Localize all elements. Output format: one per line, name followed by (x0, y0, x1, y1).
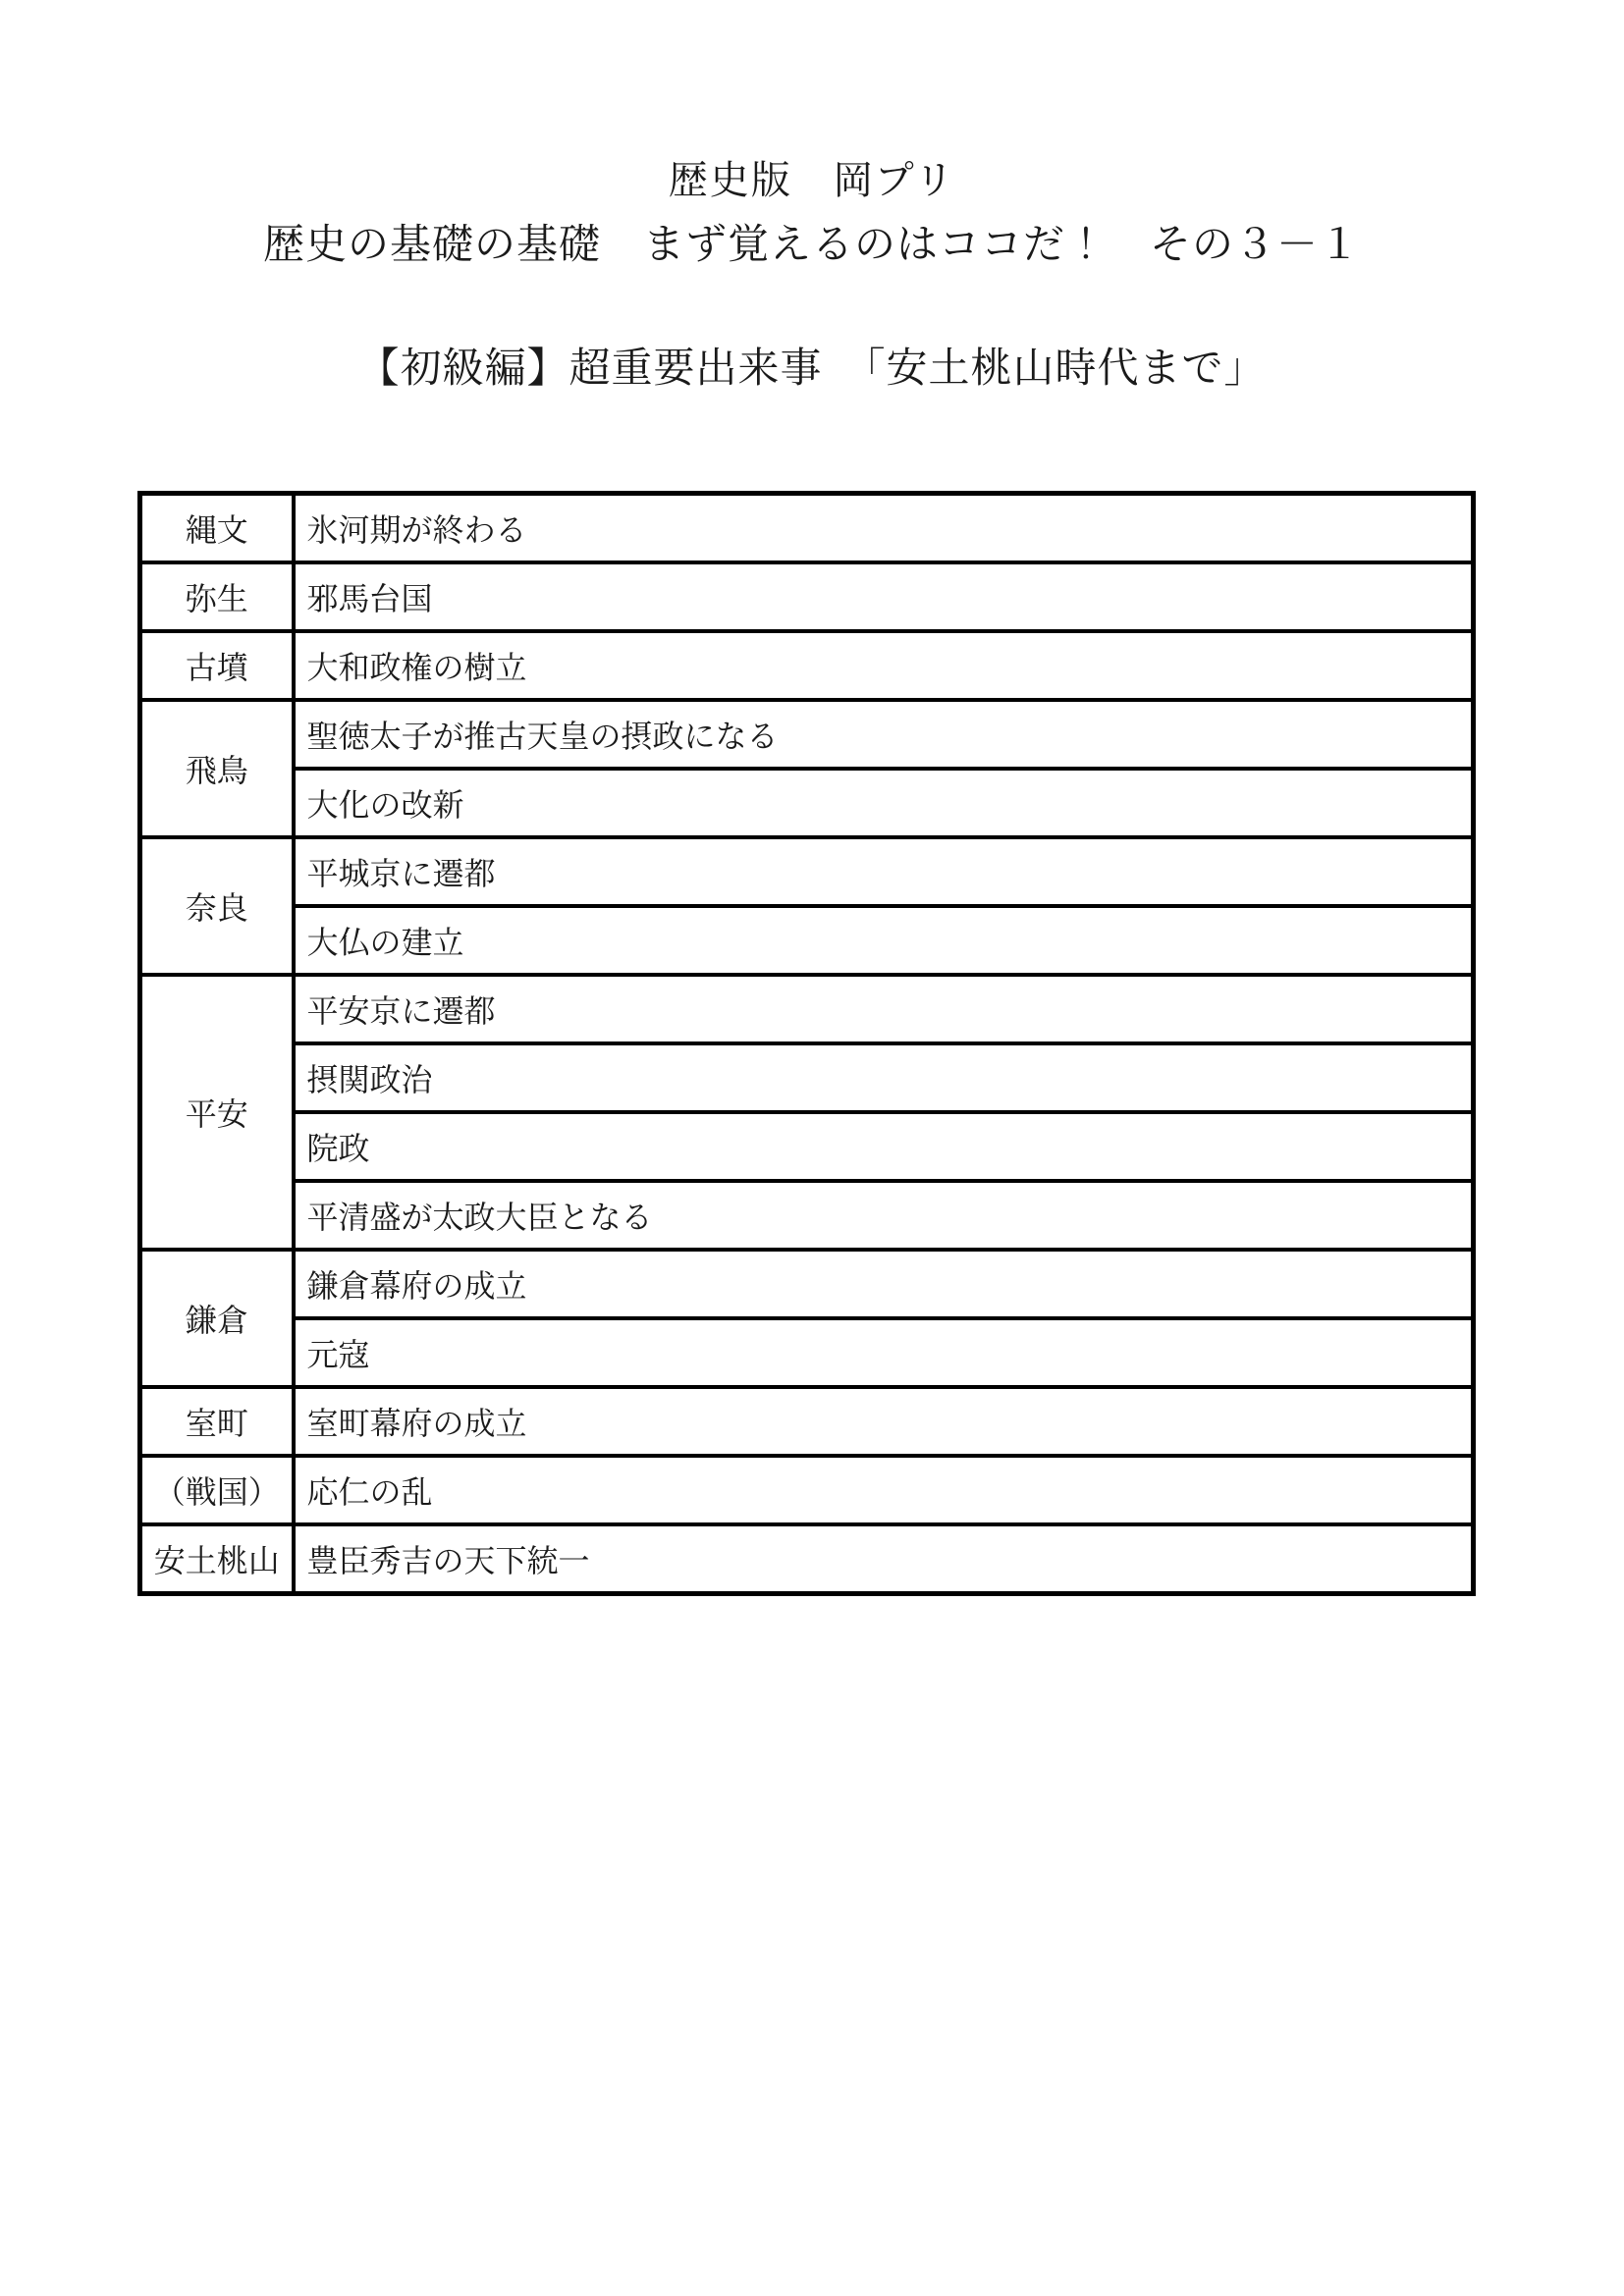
event-cell: 平安京に遷都 (294, 975, 1474, 1043)
table-row: 古墳大和政権の樹立 (140, 631, 1474, 700)
table-row: 縄文氷河期が終わる (140, 494, 1474, 563)
table-row: （戦国）応仁の乱 (140, 1456, 1474, 1524)
table-row: 院政 (140, 1112, 1474, 1181)
table-row: 平安平安京に遷都 (140, 975, 1474, 1043)
table-row: 飛鳥聖徳太子が推古天皇の摂政になる (140, 700, 1474, 769)
table-row: 室町室町幕府の成立 (140, 1387, 1474, 1456)
table-row: 鎌倉鎌倉幕府の成立 (140, 1250, 1474, 1318)
era-cell: 平安 (140, 975, 294, 1250)
table-row: 奈良平城京に遷都 (140, 837, 1474, 906)
event-cell: 室町幕府の成立 (294, 1387, 1474, 1456)
event-cell: 鎌倉幕府の成立 (294, 1250, 1474, 1318)
table-row: 大化の改新 (140, 769, 1474, 837)
event-cell: 聖徳太子が推古天皇の摂政になる (294, 700, 1474, 769)
era-table-body: 縄文氷河期が終わる弥生邪馬台国古墳大和政権の樹立飛鳥聖徳太子が推古天皇の摂政にな… (140, 494, 1474, 1594)
event-cell: 元寇 (294, 1318, 1474, 1387)
event-cell: 邪馬台国 (294, 562, 1474, 631)
era-cell: 安土桃山 (140, 1524, 294, 1594)
table-row: 安土桃山豊臣秀吉の天下統一 (140, 1524, 1474, 1594)
event-cell: 大和政権の樹立 (294, 631, 1474, 700)
event-cell: 豊臣秀吉の天下統一 (294, 1524, 1474, 1594)
event-cell: 氷河期が終わる (294, 494, 1474, 563)
page-title-line2: 歴史の基礎の基礎 まず覚えるのはココだ！ その３－１ (0, 212, 1624, 271)
era-cell: 古墳 (140, 631, 294, 700)
era-cell: 室町 (140, 1387, 294, 1456)
table-row: 摂関政治 (140, 1043, 1474, 1112)
era-cell: 縄文 (140, 494, 294, 563)
event-cell: 平城京に遷都 (294, 837, 1474, 906)
worksheet-page: { "header": { "title_line1": "歴史版 岡プリ", … (0, 0, 1624, 2296)
page-title: 歴史版 岡プリ (0, 149, 1624, 205)
event-cell: 摂関政治 (294, 1043, 1474, 1112)
era-cell: 奈良 (140, 837, 294, 975)
event-cell: 大化の改新 (294, 769, 1474, 837)
event-cell: 平清盛が太政大臣となる (294, 1181, 1474, 1250)
era-cell: （戦国） (140, 1456, 294, 1524)
table-row: 元寇 (140, 1318, 1474, 1387)
era-events-table: 縄文氷河期が終わる弥生邪馬台国古墳大和政権の樹立飛鳥聖徳太子が推古天皇の摂政にな… (137, 491, 1476, 1596)
event-cell: 院政 (294, 1112, 1474, 1181)
era-cell: 弥生 (140, 562, 294, 631)
page-subtitle: 【初級編】超重要出来事 「安土桃山時代まで」 (0, 336, 1624, 395)
event-cell: 応仁の乱 (294, 1456, 1474, 1524)
table-row: 弥生邪馬台国 (140, 562, 1474, 631)
era-cell: 飛鳥 (140, 700, 294, 837)
event-cell: 大仏の建立 (294, 906, 1474, 975)
table-row: 平清盛が太政大臣となる (140, 1181, 1474, 1250)
era-cell: 鎌倉 (140, 1250, 294, 1387)
table-row: 大仏の建立 (140, 906, 1474, 975)
